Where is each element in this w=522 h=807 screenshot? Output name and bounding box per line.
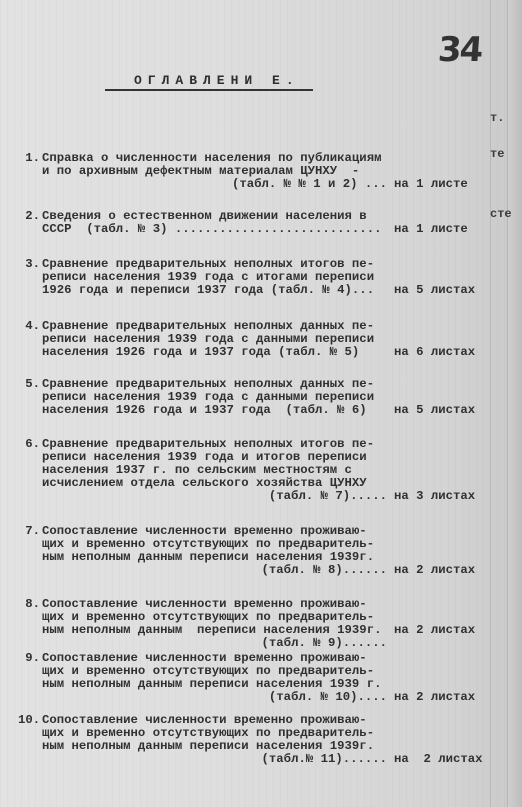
entry-table-reference: (табл. № № 1 и 2) ... <box>42 178 387 191</box>
margin-fragment: те <box>490 147 504 161</box>
entry-table-reference: (табл. № 8)...... <box>42 564 387 577</box>
entry-sheet-count: на 2 листах <box>394 564 475 577</box>
entry-sheet-count: на 5 листах <box>394 404 475 417</box>
entry-line: населения 1926 года и 1937 года (табл. №… <box>42 404 387 417</box>
entry-number: 7. <box>18 525 40 538</box>
entry-description: Сопоставление численности временно прожи… <box>42 525 387 577</box>
entry-description: Сведения о естественном движении населен… <box>42 210 387 236</box>
entry-table-reference: (табл.№ 11)...... <box>42 753 387 766</box>
entry-sheet-count: на 2 листах <box>394 691 475 704</box>
entry-sheet-count: на 1 листе <box>394 178 468 191</box>
entry-table-reference: (табл. № 7)..... <box>42 490 387 503</box>
entry-description: Сравнение предварительных неполных итого… <box>42 438 387 503</box>
entry-line: населения 1926 года и 1937 года (табл. №… <box>42 346 387 359</box>
entry-number: 9. <box>18 652 40 665</box>
page-edge <box>507 0 522 807</box>
entry-number: 3. <box>18 258 40 271</box>
document-page: 34 ОГЛАВЛЕНИ Е. т. те сте 1.Справка о чи… <box>0 0 522 807</box>
entry-number: 8. <box>18 598 40 611</box>
entry-description: Сравнение предварительных неполных данны… <box>42 378 387 417</box>
entry-description: Сравнение предварительных неполных данны… <box>42 320 387 359</box>
entry-number: 5. <box>18 378 40 391</box>
title-underline <box>105 89 313 91</box>
entry-description: Сопоставление численности временно прожи… <box>42 598 387 650</box>
entry-line: 1926 года и переписи 1937 года (табл. № … <box>42 284 387 297</box>
entry-sheet-count: на 5 листах <box>394 284 475 297</box>
entry-description: Сравнение предварительных неполных итого… <box>42 258 387 297</box>
margin-fragment: т. <box>490 111 504 125</box>
entry-sheet-count: на 1 листе <box>394 223 468 236</box>
page-title: ОГЛАВЛЕНИ Е. <box>134 73 300 88</box>
handwritten-page-number: 34 <box>437 30 483 70</box>
entry-line: СССР (табл. № 3) .......................… <box>42 223 387 236</box>
margin-fragment: сте <box>490 207 512 221</box>
entry-number: 6. <box>18 438 40 451</box>
entry-description: Сопоставление численности временно прожи… <box>42 714 387 766</box>
entry-description: Сопоставление численности временно прожи… <box>42 652 387 704</box>
entry-table-reference: (табл. № 9)...... <box>42 637 387 650</box>
entry-sheet-count: на 6 листах <box>394 346 475 359</box>
entry-sheet-count: на 3 листах <box>394 490 475 503</box>
entry-number: 4. <box>18 320 40 333</box>
entry-number: 1. <box>18 152 40 165</box>
entry-sheet-count: на 2 листах <box>394 624 475 637</box>
entry-description: Справка о численности населения по публи… <box>42 152 387 191</box>
entry-table-reference: (табл. № 10).... <box>42 691 387 704</box>
entry-sheet-count: на 2 листах <box>394 753 483 766</box>
entry-number: 2. <box>18 210 40 223</box>
entry-number: 10. <box>18 714 40 727</box>
